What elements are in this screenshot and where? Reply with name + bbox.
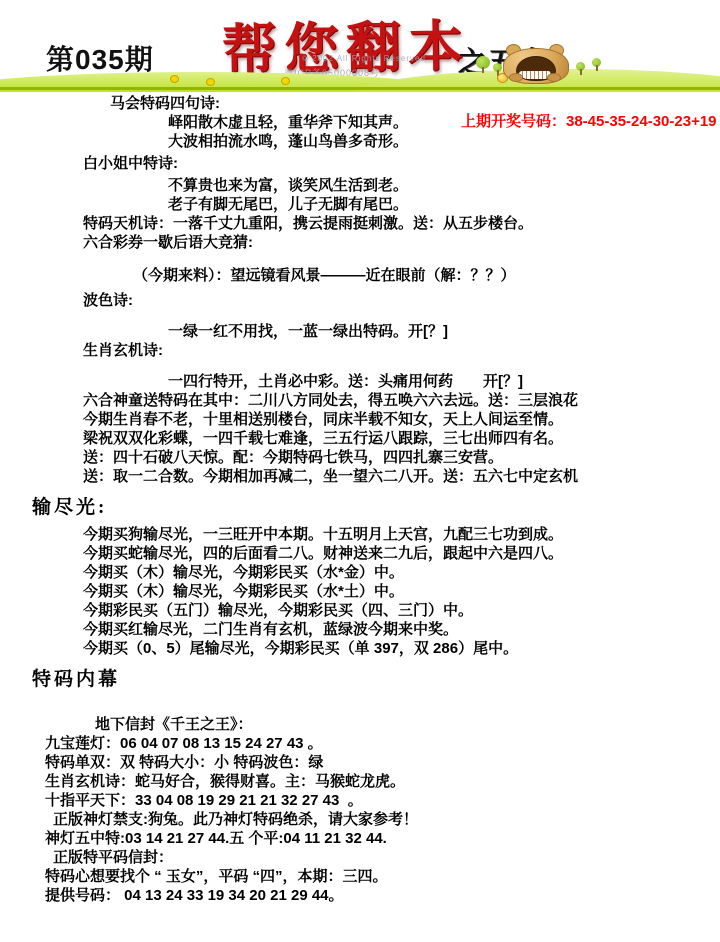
text-line: 今期买蛇输尽光，四的后面看二八。财神送来二九后，跟起中六是四八。 [83, 544, 720, 563]
grass-banner [0, 60, 720, 92]
section-title-xiehouyu: 六合彩券一歇后语大竞猜: [83, 233, 720, 252]
text-line: 今期生肖春不老，十里相送别楼台，同床半载不知女，天上人间运至情。 [83, 410, 720, 429]
text-line: 地下信封《千王之王》： [95, 715, 720, 734]
text-line: 今期买（0、5）尾输尽光，今期彩民买（单 397，双 286）尾中。 [83, 639, 720, 658]
text-line: 一绿一红不用找，一蓝一绿出特码。开[？] [168, 322, 720, 341]
text-line: 六合神童送特码在其中：二川八方同处去，得五唤六六去远。送：三层浪花 [83, 391, 720, 410]
text-line: 大波相拍流水鸣，蓬山鸟兽多奇形。 [168, 132, 720, 151]
section-title-bose: 波色诗: [83, 291, 720, 310]
text-line: 老子有脚无尾巴，儿子无脚有尾巴。 [168, 195, 720, 214]
text-line: 特码天机诗：一落千丈九重阳，携云提雨挺刺激。送：从五步楼台。 [83, 214, 720, 233]
text-line: 九宝莲灯：06 04 07 08 13 15 24 27 43 。 [45, 734, 720, 753]
section-title-shujinguang: 输尽光: [32, 494, 720, 521]
text-line: 送：取一二合数。今期相加再减二，坐一望六二八开。送：五六七中定玄机 [83, 467, 720, 486]
text-line: 一四行特开，土肖必中彩。送：头痛用何药 开[？] [168, 372, 720, 391]
text-line: 特码心想要找个 “ 玉女”，平码 “四”，本期：三四。 [45, 867, 720, 886]
text-line: 今期彩民买（五门）输尽光，今期彩民买（四、三门）中。 [83, 601, 720, 620]
text-line: 今期买红输尽光，二门生肖有玄机，蓝绿波今期来中奖。 [83, 620, 720, 639]
section-title-baixiaojie: 白小姐中特诗: [83, 154, 720, 173]
text-line: 今期买（木）输尽光，今期彩民买（水*土）中。 [83, 582, 720, 601]
text-line: 不算贵也来为富，谈笑风生活到老。 [168, 176, 720, 195]
grass-dot [206, 78, 215, 86]
grass-edge [0, 87, 720, 90]
section-title-shengxiao: 生肖玄机诗: [83, 341, 720, 360]
grass-dot [170, 75, 179, 83]
text-line: 特码单双：双 特码大小：小 特码波色：绿 [45, 753, 720, 772]
text-line: 峄阳散木虚且轻，重华斧下知其声。 [168, 113, 720, 132]
text-line: （今期来料）：望远镜看风景———近在眼前（解：？？） [133, 266, 720, 285]
text-line: 今期买狗输尽光，一三旺开中本期。十五明月上天宫，九配三七功到成。 [83, 525, 720, 544]
section-title-mahui: 马会特码四句诗: [110, 94, 720, 113]
text-line: 神灯五中特:03 14 21 27 44.五 个平:04 11 21 32 44… [45, 829, 720, 848]
text-line: 送：四十石破八天惊。配：今期特码七铁马，四四扎寨三安营。 [83, 448, 720, 467]
text-line: 提供号码： 04 13 24 33 19 34 20 21 29 44。 [45, 886, 720, 905]
page: { "header": { "issue_label": "第035期", "l… [0, 0, 720, 942]
text-line: 今期买（木）输尽光，今期彩民买（水*金）中。 [83, 563, 720, 582]
text-line: 生肖玄机诗：蛇马好合，猴得财喜。主：马猴蛇龙虎。 [45, 772, 720, 791]
grass-dot [281, 77, 290, 85]
main-text: 马会特码四句诗:峄阳散木虚且轻，重华斧下知其声。大波相拍流水鸣，蓬山鸟兽多奇形。… [0, 94, 720, 905]
text-line: 十指平天下：33 04 08 19 29 21 21 32 27 43 。 [45, 791, 720, 810]
text-line: 梁祝双双化彩蝶，一四千载七难逢，三五行运八跟踪，三七出师四有名。 [83, 429, 720, 448]
text-line: 正版神灯禁支:狗兔。此乃神灯特码绝杀，请大家参考！ [53, 810, 720, 829]
section-title-temaneimu: 特码内幕 [32, 666, 720, 693]
text-line: 正版特平码信封： [53, 848, 720, 867]
